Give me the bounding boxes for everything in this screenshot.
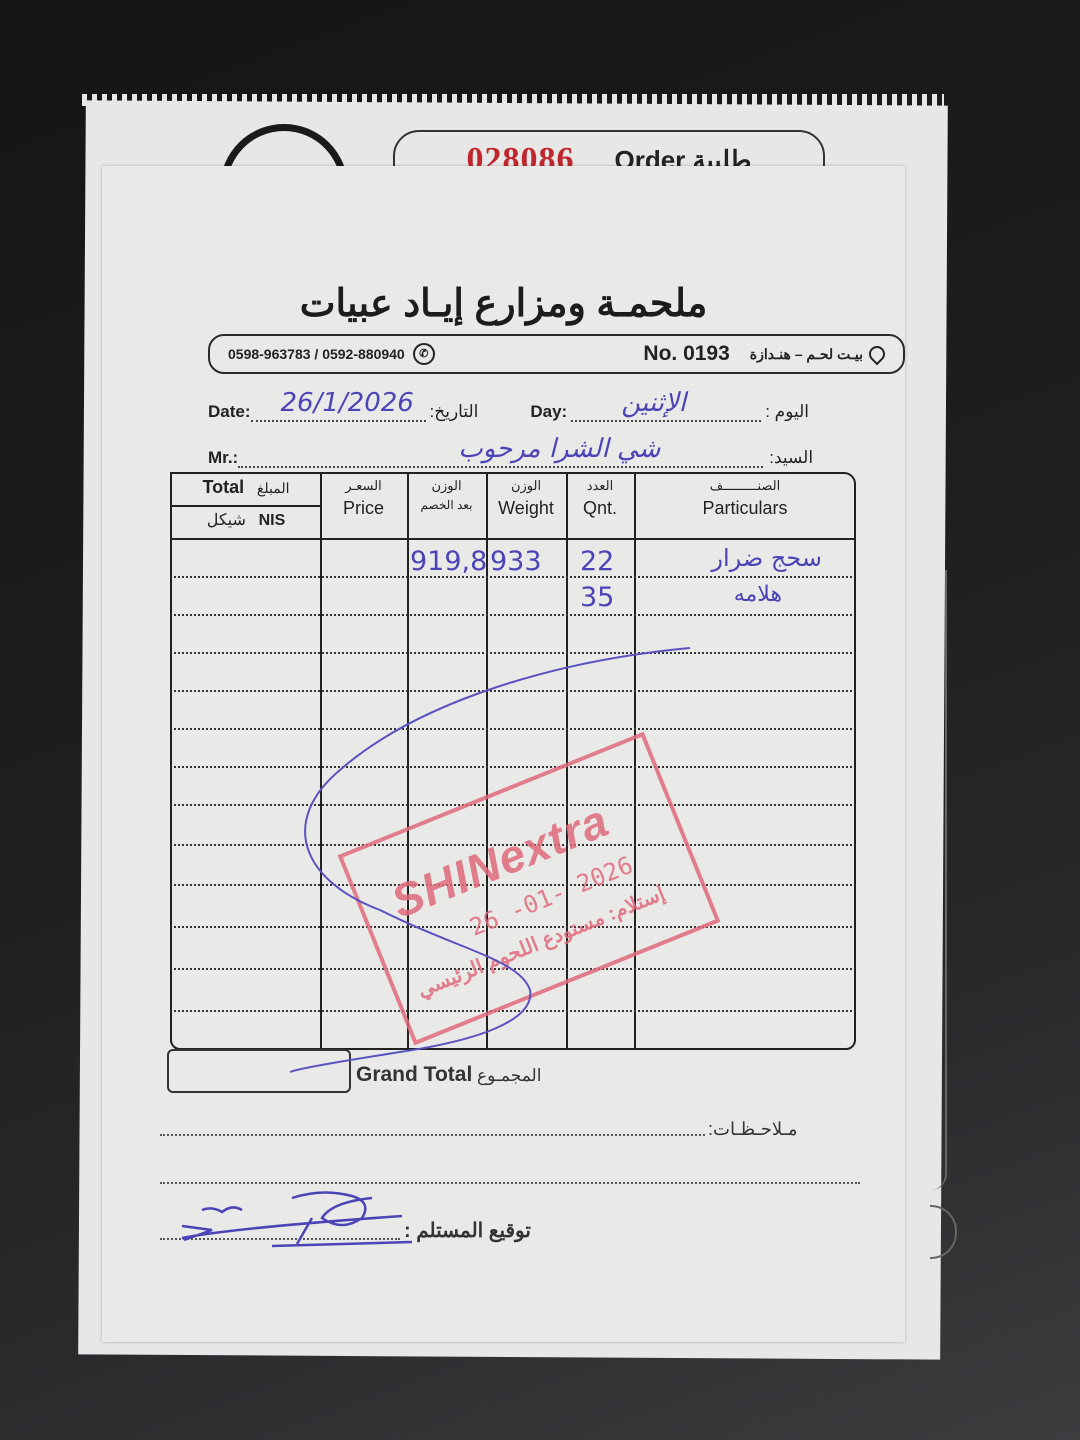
date-label-en: Date:	[208, 402, 251, 422]
date-value: 26/1/2026	[281, 388, 414, 418]
row2-qty: 35	[580, 582, 614, 613]
mr-label-en: Mr.:	[208, 448, 238, 468]
day-value: الإثنين	[621, 388, 686, 418]
row-line	[174, 766, 852, 768]
notes-label: مـلاحـظـات:	[708, 1119, 798, 1140]
row-line	[174, 1010, 852, 1012]
receipt-sheet: ملحمـة ومزارع إيـاد عبيات 0598-963783 / …	[102, 166, 905, 1342]
row1-qty: 22	[580, 546, 614, 577]
row1-net-weight: 919,8	[410, 546, 487, 577]
date-day-row: Date: 26/1/2026 التاريخ: Day: الإثنين ال…	[208, 402, 908, 422]
day-label-ar: اليوم :	[765, 402, 809, 422]
notes-field[interactable]	[160, 1134, 705, 1136]
day-label-en: Day:	[530, 402, 567, 422]
header-net-weight: الوزن بعد الخصم	[407, 478, 486, 516]
row-line	[174, 652, 852, 654]
row-line	[174, 690, 852, 692]
phones: 0598-963783 / 0592-880940 ✆	[228, 343, 435, 365]
customer-row: Mr.: شي الشرا مرحوب السيد:	[208, 448, 908, 468]
total-header-split	[172, 505, 320, 507]
customer-name: شي الشرا مرحوب	[458, 434, 660, 464]
row2-particulars: هلامه	[672, 582, 782, 607]
location-pin-icon	[866, 343, 889, 366]
receipt-number: No. 0193	[643, 342, 729, 366]
header-total-currency: شيكل NIS	[172, 510, 320, 530]
phone-numbers: 0598-963783 / 0592-880940	[228, 346, 405, 362]
date-field[interactable]: 26/1/2026	[251, 402, 426, 422]
grand-total-label: Grand Total	[356, 1063, 472, 1087]
header-weight: الوزن Weight	[486, 478, 566, 519]
signature-label: توقيع المستلم :	[404, 1218, 531, 1243]
header-bottom-border	[172, 538, 854, 540]
location: بيـت لحـم – هنـدازة	[750, 346, 885, 363]
row-line	[174, 728, 852, 730]
back-sheet-table-edge	[905, 570, 947, 1190]
grand-total-label-ar: المجمـوع	[477, 1066, 541, 1086]
header-qty: العدد Qnt.	[566, 478, 634, 519]
business-title: ملحمـة ومزارع إيـاد عبيات	[102, 281, 905, 326]
customer-field[interactable]: شي الشرا مرحوب	[238, 448, 763, 468]
header-total: Total المبلغ	[172, 477, 320, 498]
info-bar: 0598-963783 / 0592-880940 ✆ No. 0193 بيـ…	[208, 334, 905, 374]
row1-weight: 933	[490, 546, 542, 577]
col-divider	[320, 474, 322, 1048]
header-particulars: الصنـــــــــف Particulars	[634, 478, 856, 519]
day-field[interactable]: الإثنين	[571, 402, 761, 422]
row1-particulars: سحج ضرار	[652, 544, 822, 572]
back-sheet-box-edge	[930, 1205, 957, 1259]
date-label-ar: التاريخ:	[430, 402, 479, 422]
mr-label-ar: السيد:	[769, 448, 813, 468]
signature-scribble	[172, 1188, 412, 1248]
row-line	[174, 614, 852, 616]
notes-field-line-2[interactable]	[160, 1182, 860, 1184]
location-text: بيـت لحـم – هنـدازة	[750, 346, 863, 363]
header-price: السعـر Price	[320, 478, 407, 519]
grand-total-field[interactable]	[167, 1049, 351, 1093]
phone-icon: ✆	[413, 343, 435, 365]
